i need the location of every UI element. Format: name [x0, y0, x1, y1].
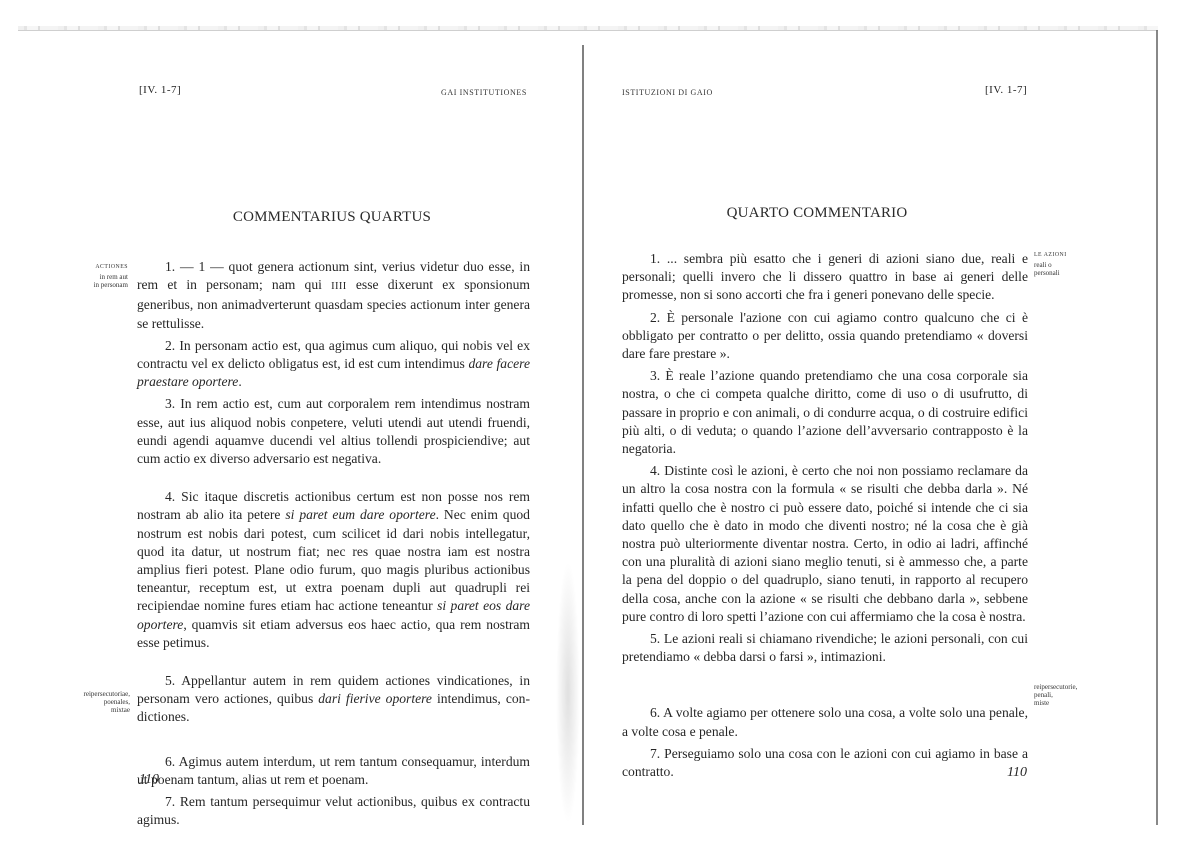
paragraph-6: 6. Agimus autem interdum, ut rem tantum … [137, 753, 530, 789]
paragraph-1: 1. ... sembra più esatto che i generi di… [622, 250, 1028, 305]
paragraph-number: 1. [650, 251, 660, 266]
paragraph-number: 6. [165, 754, 175, 769]
paragraph-number: 4. [165, 489, 175, 504]
paragraph-3: 3. In rem actio est, cum aut corporalem … [137, 395, 530, 468]
paragraph-number: 5. [650, 631, 660, 646]
book-gutter-divider [582, 45, 584, 825]
paragraph-4: 4. Sic itaque discretis actionibus certu… [137, 488, 530, 652]
left-page-number: 110 [139, 772, 159, 788]
margin-note-line: in rem aut [60, 273, 128, 281]
paragraph-number: 6. [650, 705, 660, 720]
paragraph-5: 5. Le azioni reali si chiamano rivendich… [622, 630, 1028, 666]
paragraph-6: 6. A volte agiamo per ottenere solo una … [622, 704, 1028, 740]
margin-note-line: reipersecutorie, [1034, 683, 1124, 691]
margin-note-heading: ACTIONES [60, 263, 128, 271]
margin-note-line: reipersecutoriae, [50, 690, 130, 698]
right-margin-note-reipersecutorie: reipersecutorie, penali, miste [1034, 683, 1124, 708]
right-margin-note-azioni: LE AZIONI reali o personali [1034, 251, 1114, 278]
right-running-head: ISTITUZIONI DI GAIO [622, 88, 713, 97]
paragraph-7: 7. Rem tantum persequimur velut actionib… [137, 793, 530, 829]
paragraph-number: 4. [650, 463, 660, 478]
margin-note-line: miste [1034, 699, 1124, 707]
left-body-text: 1. — 1 — quot genera actionum sint, veri… [137, 258, 530, 829]
margin-note-heading: LE AZIONI [1034, 251, 1114, 259]
paragraph-2: 2. In personam actio est, qua agimus cum… [137, 337, 530, 392]
right-section-title: QUARTO COMMENTARIO [622, 205, 1012, 222]
right-page-number: 110 [1007, 765, 1027, 781]
right-body-text: 1. ... sembra più esatto che i generi di… [622, 250, 1028, 781]
paragraph-number: 7. [165, 794, 175, 809]
paragraph-number: 1. [165, 259, 175, 274]
paragraph-number: 2. [650, 310, 660, 325]
left-section-title: COMMENTARIUS QUARTUS [137, 209, 527, 226]
margin-note-line: personali [1034, 269, 1114, 277]
left-bracket-reference: [IV. 1-7] [139, 84, 181, 96]
paragraph-3: 3. È reale l’azione quando pretendiamo c… [622, 367, 1028, 458]
margin-note-line: mixtae [50, 706, 130, 714]
paragraph-1: 1. — 1 — quot genera actionum sint, veri… [137, 258, 530, 333]
right-bracket-reference: [IV. 1-7] [985, 84, 1027, 96]
gutter-shadow [556, 560, 580, 825]
paragraph-number: 5. [165, 673, 175, 688]
left-margin-note-reipersecutoriae: reipersecutoriae, poenales, mixtae [50, 690, 130, 715]
scan-top-edge-line [18, 30, 1158, 31]
paragraph-number: 3. [165, 396, 175, 411]
paragraph-number: 2. [165, 338, 175, 353]
paragraph-number: 7. [650, 746, 660, 761]
left-margin-note-actiones: ACTIONES in rem aut in personam [60, 263, 128, 290]
paragraph-2: 2. È personale l'azione con cui agiamo c… [622, 309, 1028, 364]
page-right-edge [1156, 30, 1158, 825]
margin-note-line: poenales, [50, 698, 130, 706]
paragraph-number: 3. [650, 368, 660, 383]
margin-note-line: penali, [1034, 691, 1124, 699]
margin-note-line: reali o [1034, 261, 1114, 269]
left-running-head: GAI INSTITUTIONES [441, 88, 527, 97]
paragraph-7: 7. Perseguiamo solo una cosa con le azio… [622, 745, 1028, 781]
paragraph-4: 4. Distinte così le azioni, è certo che … [622, 462, 1028, 626]
margin-note-line: in personam [60, 281, 128, 289]
paragraph-5: 5. Appellantur autem in rem quidem actio… [137, 672, 530, 727]
